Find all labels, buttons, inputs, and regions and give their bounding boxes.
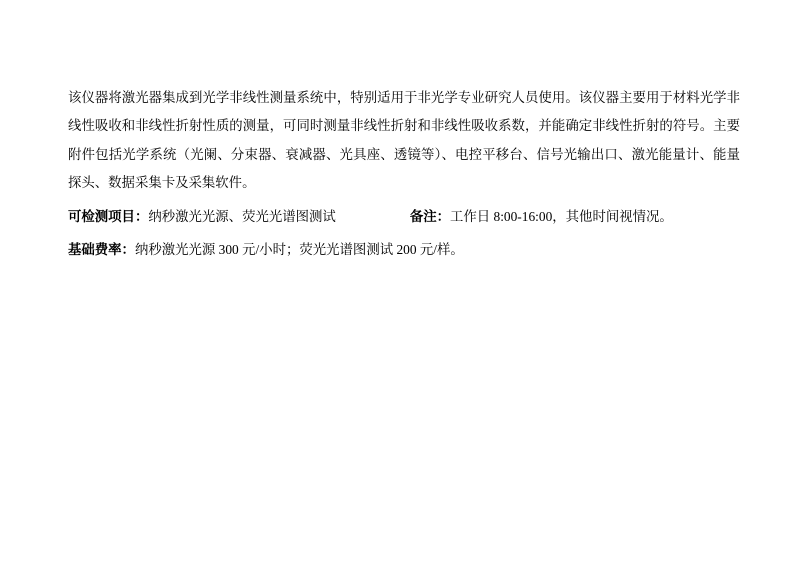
note-gap-spacer [336,220,410,221]
testable-items-value: 纳秒激光光源、荧光光谱图测试 [148,209,335,224]
description-paragraph: 该仪器将激光器集成到光学非线性测量系统中，特别适用于非光学专业研究人员使用。该仪… [68,84,740,197]
testable-items-line: 可检测项目：纳秒激光光源、荧光光谱图测试备注：工作日 8:00-16:00，其他… [68,203,740,231]
base-rate-value: 纳秒激光光源 300 元/小时；荧光光谱图测试 200 元/样。 [135,242,464,257]
document-content: 该仪器将激光器集成到光学非线性测量系统中，特别适用于非光学专业研究人员使用。该仪… [68,84,740,265]
note-label: 备注： [410,209,450,224]
paragraph-line: 线性吸收和非线性折射性质的测量，可同时测量非线性折射和非线性吸收系数，并能确定非… [68,112,740,140]
testable-items-label: 可检测项目： [68,209,148,224]
paragraph-line: 探头、数据采集卡及采集软件。 [68,169,740,197]
document-page: 该仪器将激光器集成到光学非线性测量系统中，特别适用于非光学专业研究人员使用。该仪… [0,0,799,565]
base-rate-label: 基础费率： [68,242,135,257]
note-value: 工作日 8:00-16:00，其他时间视情况。 [450,209,673,224]
paragraph-line: 该仪器将激光器集成到光学非线性测量系统中，特别适用于非光学专业研究人员使用。该仪… [68,84,740,112]
base-rate-line: 基础费率：纳秒激光光源 300 元/小时；荧光光谱图测试 200 元/样。 [68,236,740,264]
paragraph-line: 附件包括光学系统（光阑、分束器、衰减器、光具座、透镜等）、电控平移台、信号光输出… [68,141,740,169]
